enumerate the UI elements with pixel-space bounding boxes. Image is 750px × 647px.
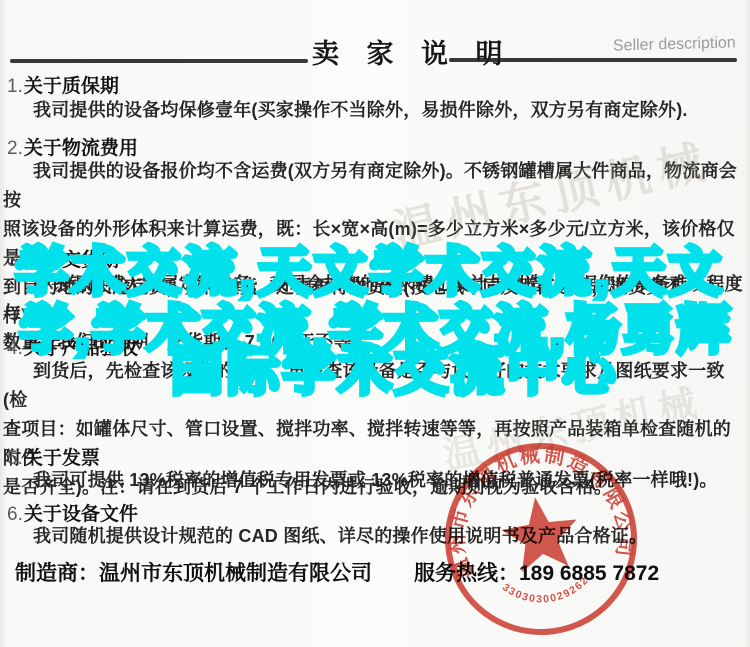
section-1-body: 我司提供的设备均保修壹年(买家操作不当除外，易损件除外，双方另有商定除外).: [3, 96, 743, 125]
svg-text:3303030029262: 3303030029262: [499, 570, 594, 612]
section-1-number: 1.: [7, 76, 23, 97]
header-rule-right: [449, 58, 737, 62]
section-2-heading: 2.关于物流费用: [7, 133, 138, 160]
header-rule-left: [10, 59, 308, 63]
company-seal-stamp: 温州市东顶机械制造有限公司 3303030029262: [428, 426, 654, 647]
overlay-watermark-line-3: 国际学术交流中心: [0, 346, 750, 398]
section-2-number: 2.: [7, 138, 23, 159]
seller-description-page: 卖 家 说 明 Seller description 1.关于质保期 我司提供的…: [0, 0, 750, 647]
section-2-title: 关于物流费用: [24, 138, 138, 159]
page-title: 卖 家 说 明: [312, 32, 448, 71]
stamp-star-icon: [498, 492, 583, 574]
overlay-watermark-line-1: 学术交流,天文学术交流,天文: [16, 247, 725, 299]
manufacturer-text: 制造商：温州市东顶机械制造有限公司: [15, 562, 372, 585]
stamp-number-text: 3303030029262: [499, 570, 594, 612]
section-1-heading: 1.关于质保期: [7, 71, 119, 98]
section-1-title: 关于质保期: [24, 76, 119, 97]
page-subtitle-english: Seller description: [613, 34, 736, 55]
